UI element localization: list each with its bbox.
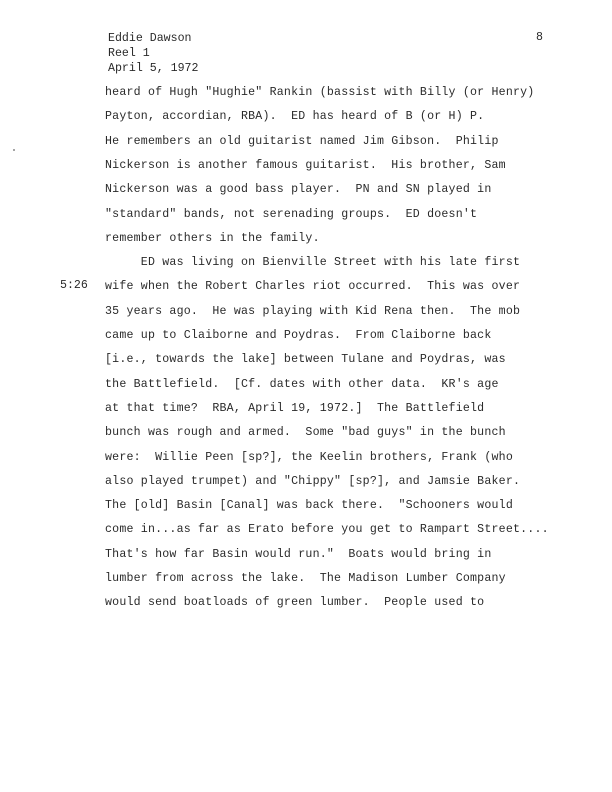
scan-speck — [13, 149, 15, 151]
transcript-line: He remembers an old guitarist named Jim … — [105, 135, 499, 148]
transcript-line: Nickerson is another famous guitarist. H… — [105, 159, 506, 172]
timecode: 5:26 — [60, 279, 88, 292]
document-page: Eddie Dawson Reel 1 April 5, 1972 8 5:26… — [0, 0, 612, 792]
transcript-line: come in...as far as Erato before you get… — [105, 523, 549, 536]
transcript-line: wife when the Robert Charles riot occurr… — [105, 280, 520, 293]
transcript-line: came up to Claiborne and Poydras. From C… — [105, 329, 492, 342]
header-name: Eddie Dawson — [108, 31, 192, 46]
transcript-line: lumber from across the lake. The Madison… — [105, 572, 506, 585]
transcript-line: That's how far Basin would run." Boats w… — [105, 548, 492, 561]
header-reel: Reel 1 — [108, 46, 150, 61]
transcript-line: bunch was rough and armed. Some "bad guy… — [105, 426, 506, 439]
transcript-line: were: Willie Peen [sp?], the Keelin brot… — [105, 451, 513, 464]
transcript-line: the Battlefield. [Cf. dates with other d… — [105, 378, 499, 391]
transcript-line: Nickerson was a good bass player. PN and… — [105, 183, 492, 196]
page-number: 8 — [536, 31, 543, 44]
transcript-line: The [old] Basin [Canal] was back there. … — [105, 499, 513, 512]
transcript-line: [i.e., towards the lake] between Tulane … — [105, 353, 506, 366]
transcript-line: remember others in the family. — [105, 232, 320, 245]
transcript-line: Payton, accordian, RBA). ED has heard of… — [105, 110, 484, 123]
transcript-line: also played trumpet) and "Chippy" [sp?],… — [105, 475, 520, 488]
transcript-line: would send boatloads of green lumber. Pe… — [105, 596, 484, 609]
transcript-line: ED was living on Bienville Street with h… — [105, 256, 520, 269]
transcript-line: at that time? RBA, April 19, 1972.] The … — [105, 402, 484, 415]
transcript-line: heard of Hugh "Hughie" Rankin (bassist w… — [105, 86, 534, 99]
transcript-line: "standard" bands, not serenading groups.… — [105, 208, 477, 221]
transcript-line: 35 years ago. He was playing with Kid Re… — [105, 305, 520, 318]
header-date: April 5, 1972 — [108, 61, 198, 76]
scan-speck — [396, 258, 398, 260]
